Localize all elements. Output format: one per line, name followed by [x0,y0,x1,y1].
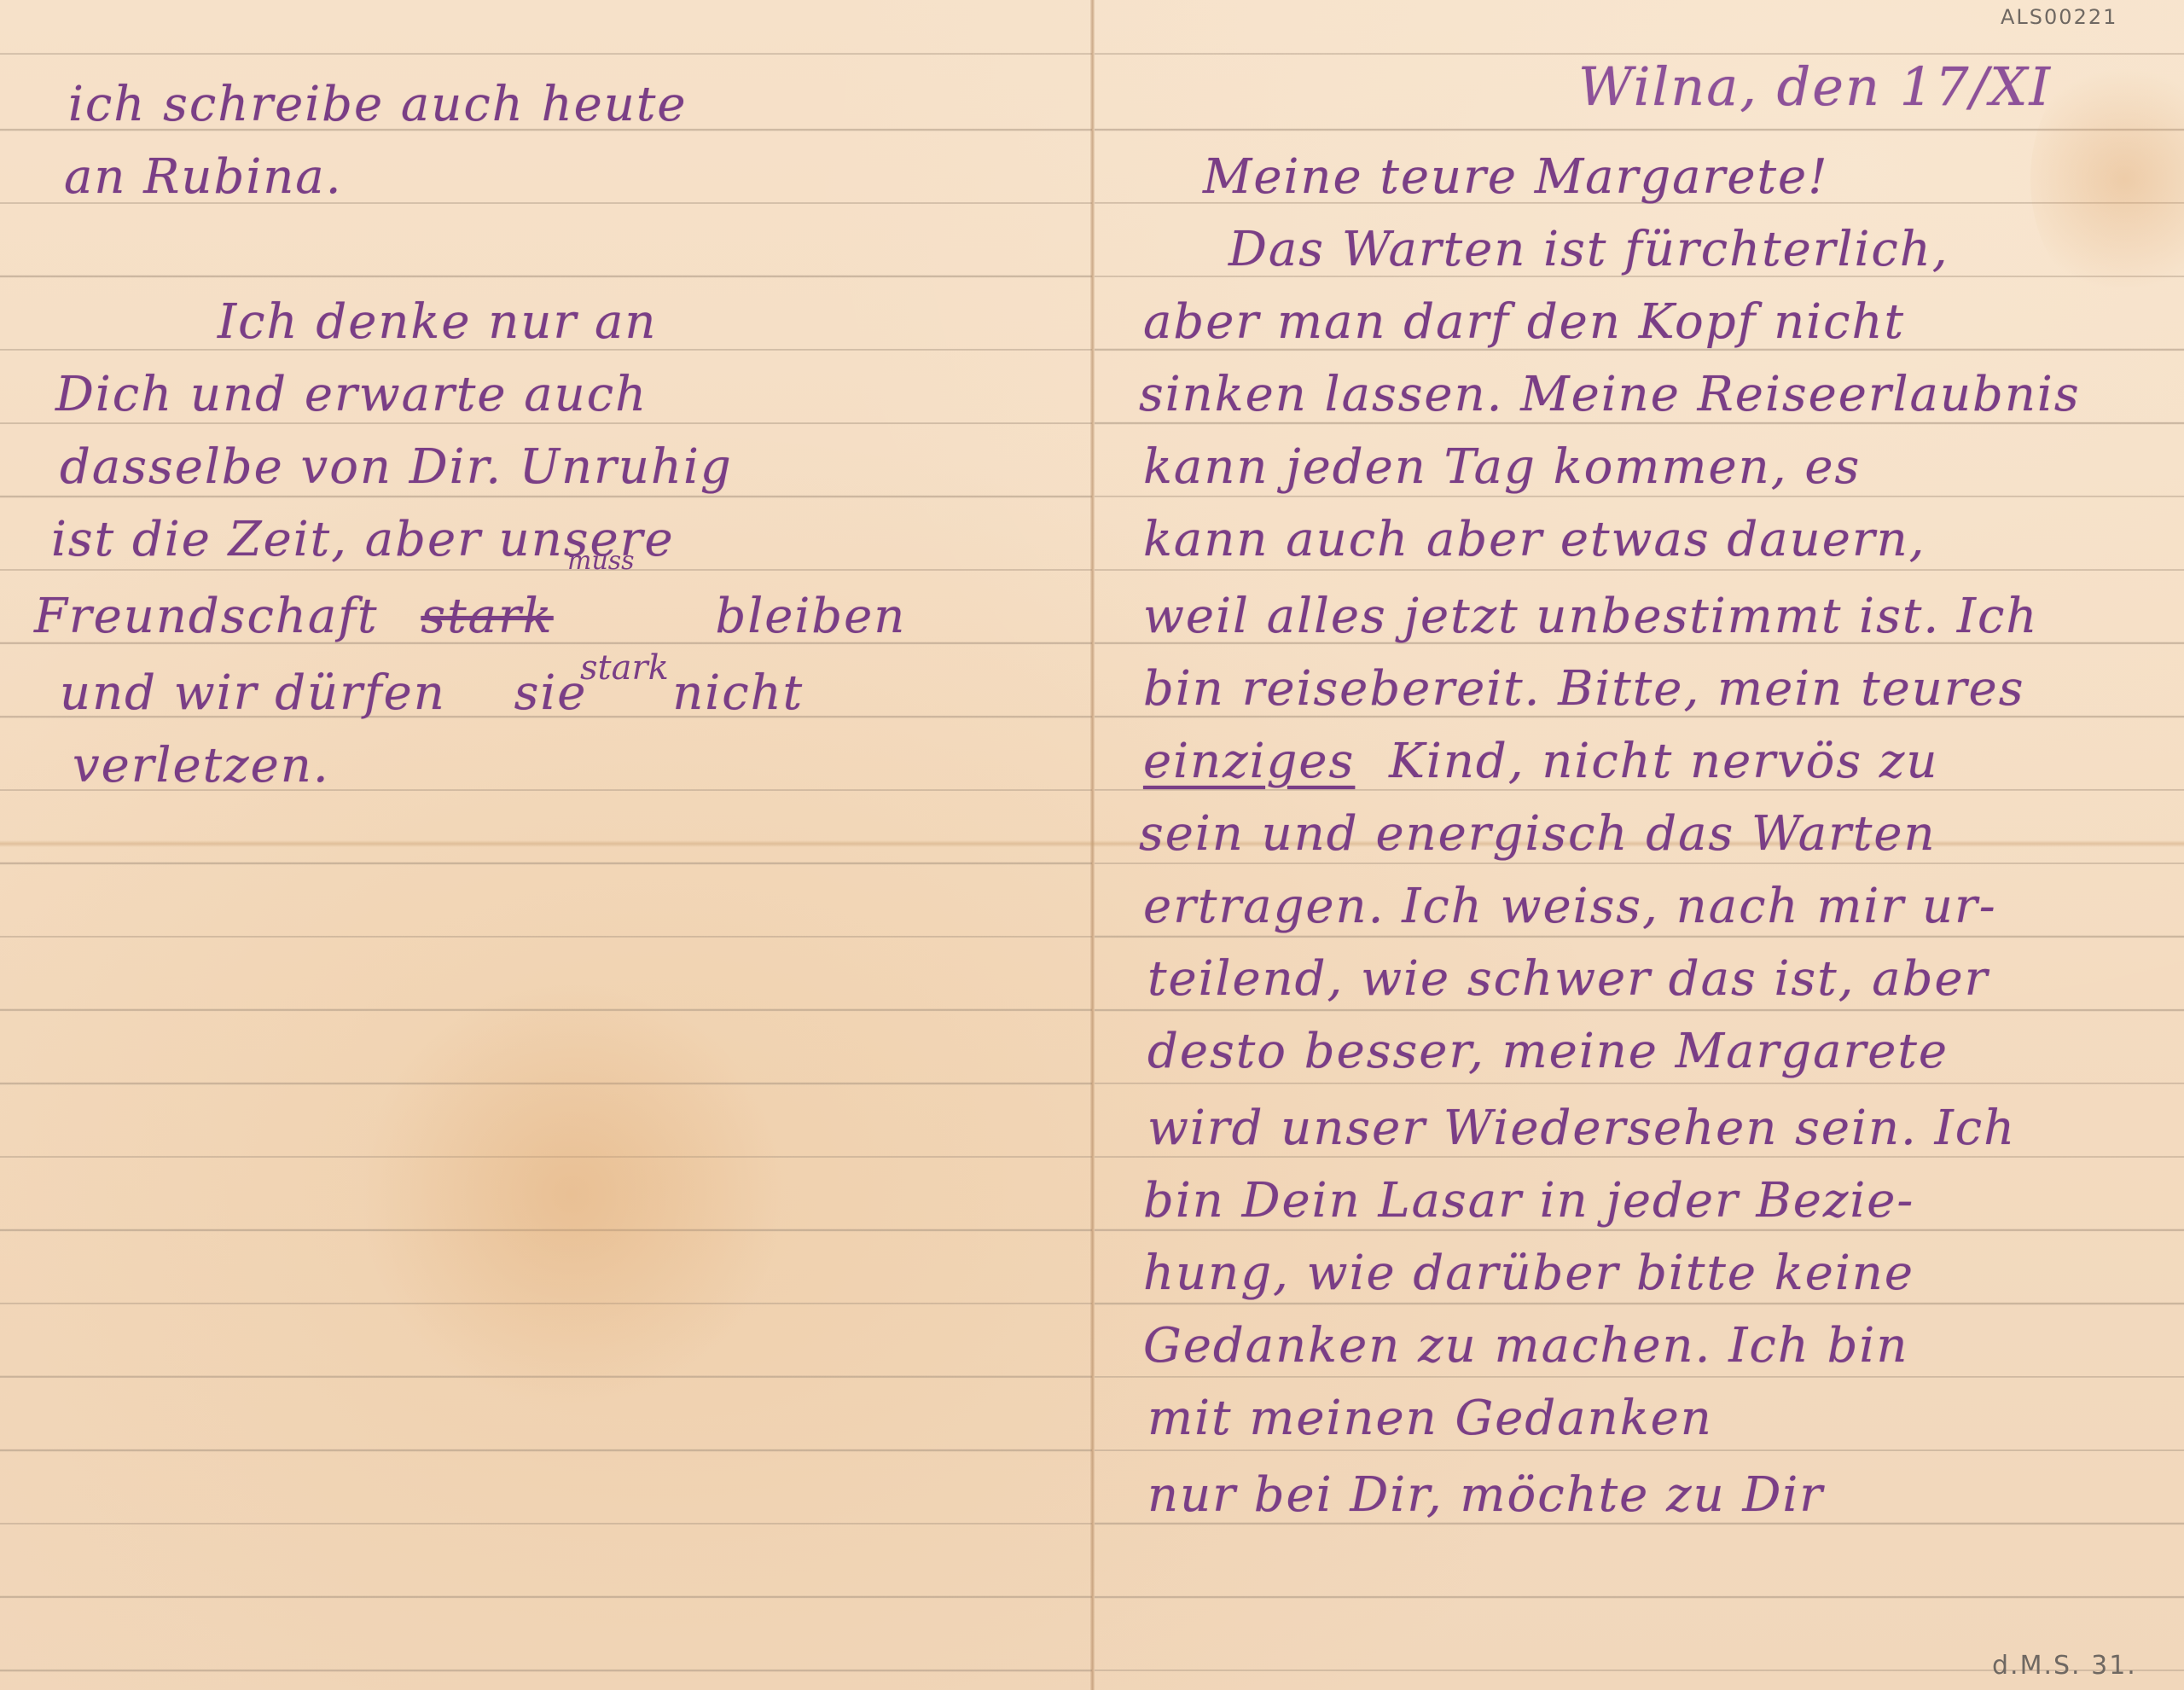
left-line-4: Ich denke nur an [218,294,657,350]
right-line-2: aber man darf den Kopf nicht [1143,294,1905,350]
dateline: Wilna, den 17/XI [1578,55,2052,118]
right-line-5: kann auch aber etwas dauern, [1143,512,1926,567]
letter-sheet: ALS00221 d.M.S. 31. ich schreibe auch he… [0,0,2184,1690]
right-line-3: sinken lassen. Meine Reiseerlaubnis [1139,367,2081,422]
right-line-15: hung, wie darüber bitte keine [1143,1246,1914,1301]
right-line-11: teilend, wie schwer das ist, aber [1147,951,1989,1007]
right-line-16: Gedanken zu machen. Ich bin [1143,1318,1908,1373]
paper-stain [358,981,785,1408]
left-line-1: ich schreibe auch heute [68,77,688,132]
underlined-word: einziges [1143,734,1355,789]
left-line-2: an Rubina. [64,149,343,205]
left-insert-above: muss [567,546,635,576]
shelf-mark-label: d.M.S. 31. [1992,1651,2137,1681]
right-line-17: mit meinen Gedanken [1147,1391,1713,1446]
right-line-1: Das Warten ist fürchterlich, [1228,222,1949,277]
right-line-18: nur bei Dir, möchte zu Dir [1147,1467,1824,1523]
left-line-8-struck-word: stark [421,589,553,644]
left-line-9-start: und wir dürfen [60,665,446,721]
left-line-8-end: bleiben [716,589,907,644]
left-line-9: und wir dürfen sie nicht [60,665,804,721]
left-line-5: Dich und erwarte auch [55,367,648,422]
archive-id-label: ALS00221 [2001,5,2117,29]
right-line-10: ertragen. Ich weiss, nach mir ur- [1143,879,1997,934]
left-line-9-end: nicht [672,665,804,721]
right-line-7: bin reisebereit. Bitte, mein teures [1143,661,2024,717]
right-line-13: wird unser Wiedersehen sein. Ich [1147,1101,2016,1156]
right-line-8: einziges Kind, nicht nervös zu [1143,734,1939,789]
salutation: Meine teure Margarete! [1203,149,1829,205]
left-line-8-start: Freundschaft [34,589,379,644]
left-line-10: verletzen. [73,738,330,793]
right-line-6: weil alles jetzt unbestimmt ist. Ich [1143,589,2038,644]
left-line-6: dasselbe von Dir. Unruhig [60,439,733,495]
right-line-4: kann jeden Tag kommen, es [1143,439,1861,495]
right-line-12: desto besser, meine Margarete [1147,1024,1949,1079]
right-line-14: bin Dein Lasar in jeder Bezie- [1143,1173,1914,1228]
left-line-8: Freundschaft stark bleiben [34,589,906,644]
right-line-9: sein und energisch das Warten [1139,806,1937,862]
left-line-9-mid: sie [514,665,588,721]
